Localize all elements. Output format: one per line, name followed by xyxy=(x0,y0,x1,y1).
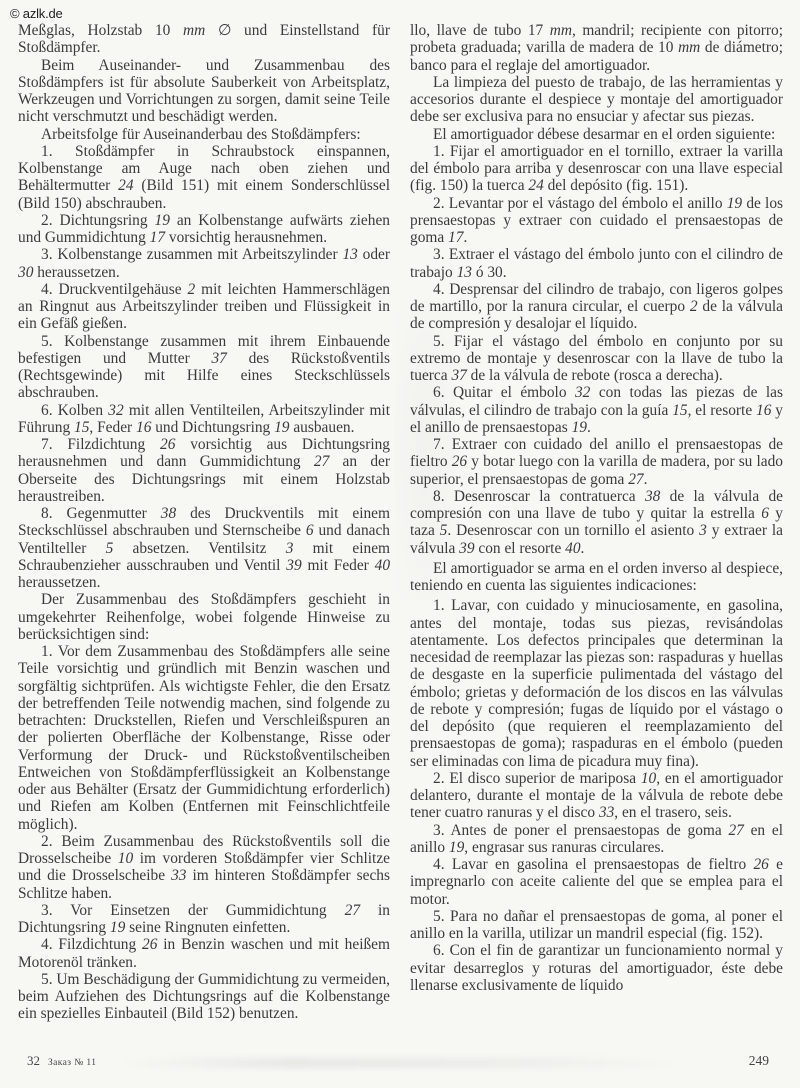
left-column-paragraph: 5. Um Beschädigung der Gummidichtung zu … xyxy=(18,971,390,1023)
left-column-paragraph: 3. Vor Einsetzen der Gummidichtung 27 in… xyxy=(18,902,390,937)
left-column-paragraph: 6. Kolben 32 mit allen Ventilteilen, Arb… xyxy=(18,402,390,437)
left-column-paragraph: 1. Vor dem Zusammenbau des Stoßdämpfers … xyxy=(18,643,390,833)
right-column-paragraph: 1. Lavar, con cuidado y minuciosamente, … xyxy=(410,597,783,770)
right-column-paragraph: 5. Fijar el vástago del émbolo en conjun… xyxy=(410,333,783,385)
printer-signature: Заказ № 11 xyxy=(48,1058,96,1068)
right-column-paragraph: El amortiguador débese desarmar en el or… xyxy=(410,126,783,143)
left-column-german: Meßglas, Holzstab 10 mm ∅ und Einstellst… xyxy=(18,22,390,1023)
right-column-paragraph: 6. Con el fin de garantizar un funcionam… xyxy=(410,942,783,994)
left-page-number: 32 xyxy=(27,1053,40,1068)
left-column-paragraph: Meßglas, Holzstab 10 mm ∅ und Einstellst… xyxy=(18,22,390,57)
left-column-paragraph: Der Zusammenbau des Stoßdämpfers geschie… xyxy=(18,591,390,643)
left-column-paragraph: Beim Auseinander- und Zusammenbau des St… xyxy=(18,57,390,126)
left-column-paragraph: 1. Stoßdämpfer in Schraubstock einspanne… xyxy=(18,143,390,212)
footer-left: 32Заказ № 11 xyxy=(27,1053,96,1069)
right-page-number: 249 xyxy=(749,1053,769,1069)
page-fold-shadow xyxy=(120,1058,680,1068)
right-column-paragraph: 3. Extraer el vástago del émbolo junto c… xyxy=(410,246,783,281)
right-column-paragraph: 5. Para no dañar el prensaestopas de gom… xyxy=(410,908,783,943)
right-column-paragraph: 2. El disco superior de mariposa 10, en … xyxy=(410,770,783,822)
right-column-paragraph: El amortiguador se arma en el orden inve… xyxy=(410,560,783,595)
right-column-spanish: llo, llave de tubo 17 mm, mandril; recip… xyxy=(410,22,783,994)
left-column-paragraph: 4. Druckventilgehäuse 2 mit leichten Ham… xyxy=(18,281,390,333)
right-column-paragraph: 8. Desenroscar la contratuerca 38 de la … xyxy=(410,488,783,557)
right-column-paragraph: 3. Antes de poner el prensaestopas de go… xyxy=(410,822,783,857)
left-column-paragraph: 2. Beim Zusammenbau des Rückstoßventils … xyxy=(18,833,390,902)
left-column-paragraph: Arbeitsfolge für Auseinanderbau des Stoß… xyxy=(18,126,390,143)
left-column-paragraph: 7. Filzdichtung 26 vorsichtig aus Dichtu… xyxy=(18,436,390,505)
right-column-paragraph: 7. Extraer con cuidado del anillo el pre… xyxy=(410,436,783,488)
right-column-paragraph: 2. Levantar por el vástago del émbolo el… xyxy=(410,195,783,247)
left-column-paragraph: 4. Filzdichtung 26 in Benzin waschen und… xyxy=(18,936,390,971)
left-column-paragraph: 2. Dichtungsring 19 an Kolbenstange aufw… xyxy=(18,212,390,247)
left-column-paragraph: 5. Kolbenstange zusammen mit ihrem Einba… xyxy=(18,333,390,402)
left-column-paragraph: 3. Kolbenstange zusammen mit Arbeitszyli… xyxy=(18,246,390,281)
right-column-paragraph: La limpieza del puesto de trabajo, de la… xyxy=(410,74,783,126)
left-column-paragraph: 8. Gegenmutter 38 des Druckventils mit e… xyxy=(18,505,390,591)
right-column-paragraph: llo, llave de tubo 17 mm, mandril; recip… xyxy=(410,22,783,74)
right-column-paragraph: 4. Desprensar del cilindro de trabajo, c… xyxy=(410,281,783,333)
right-column-paragraph: 1. Fijar el amortiguador en el tornillo,… xyxy=(410,143,783,195)
right-column-paragraph: 4. Lavar en gasolina el prensaestopas de… xyxy=(410,856,783,908)
right-column-paragraph: 6. Quitar el émbolo 32 con todas las pie… xyxy=(410,384,783,436)
watermark: © azlk.de xyxy=(10,6,63,21)
